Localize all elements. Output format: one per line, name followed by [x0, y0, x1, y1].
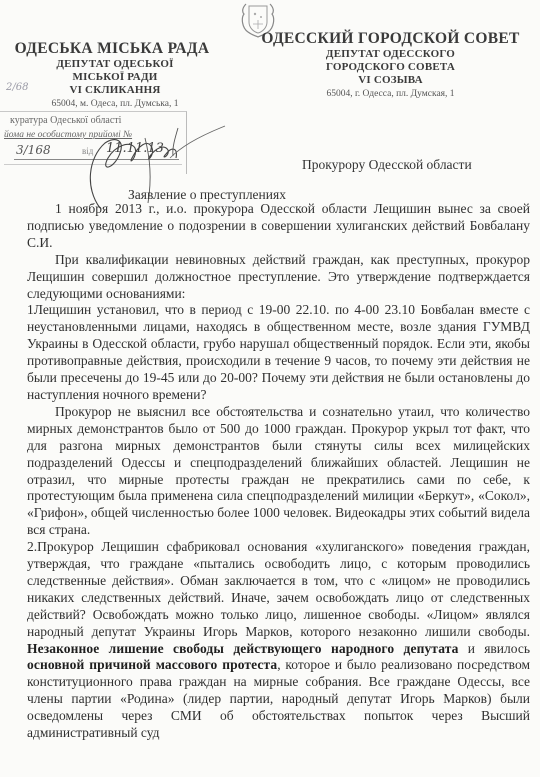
paragraph-1: 1 ноября 2013 г., и.о. прокурора Одесско… — [27, 201, 530, 252]
org-name-ua: ОДЕСЬКА МІСЬКА РАДА — [0, 40, 230, 58]
document-body: 1 ноября 2013 г., и.о. прокурора Одесско… — [27, 201, 530, 742]
address-ua: 65004, м. Одеса, пл. Думська, 1 — [0, 97, 230, 111]
address-ru: 65004, г. Одесса, пл. Думская, 1 — [248, 87, 533, 101]
paragraph-5: 2.Прокурор Лещишин сфабриковал основания… — [27, 539, 530, 742]
convocation-ru: VI СОЗЫВА — [248, 74, 533, 87]
paragraph-4: Прокурор не выяснил все обстоятельства и… — [27, 404, 530, 539]
paragraph-5-text-a: 2.Прокурор Лещишин сфабриковал основания… — [27, 539, 530, 639]
addressee: Прокурору Одесской области — [302, 157, 472, 173]
letterhead-russian: ОДЕССКИЙ ГОРОДСКОЙ СОВЕТ ДЕПУТАТ ОДЕССКО… — [248, 30, 533, 101]
paragraph-5-text-b: и явилось — [458, 641, 530, 656]
deputy-line-1-ua: ДЕПУТАТ ОДЕСЬКОЇ — [0, 58, 230, 71]
stamp-reg-number: 3/168 — [16, 143, 51, 157]
handwritten-note: 2/68 — [6, 82, 28, 93]
deputy-line-2-ru: ГОРОДСКОГО СОВЕТА — [248, 61, 533, 74]
paragraph-5-bold-1: Незаконное лишение свободы действующего … — [27, 641, 458, 656]
org-name-ru: ОДЕССКИЙ ГОРОДСКОЙ СОВЕТ — [248, 30, 533, 48]
paragraph-5-bold-2: основной причиной массового протеста — [27, 657, 277, 672]
deputy-line-1-ru: ДЕПУТАТ ОДЕССКОГО — [248, 48, 533, 61]
paragraph-2: При квалификации невиновных действий гра… — [27, 252, 530, 303]
deputy-line-2-ua: МІСЬКОЇ РАДИ — [0, 71, 230, 84]
convocation-ua: VI СКЛИКАННЯ — [0, 84, 230, 97]
scanned-letter-page: ОДЕСЬКА МІСЬКА РАДА ДЕПУТАТ ОДЕСЬКОЇ МІС… — [0, 0, 540, 777]
letterhead-ukrainian: ОДЕСЬКА МІСЬКА РАДА ДЕПУТАТ ОДЕСЬКОЇ МІС… — [0, 40, 230, 111]
paragraph-3: 1Лещишин установил, что в период с 19-00… — [27, 302, 530, 403]
